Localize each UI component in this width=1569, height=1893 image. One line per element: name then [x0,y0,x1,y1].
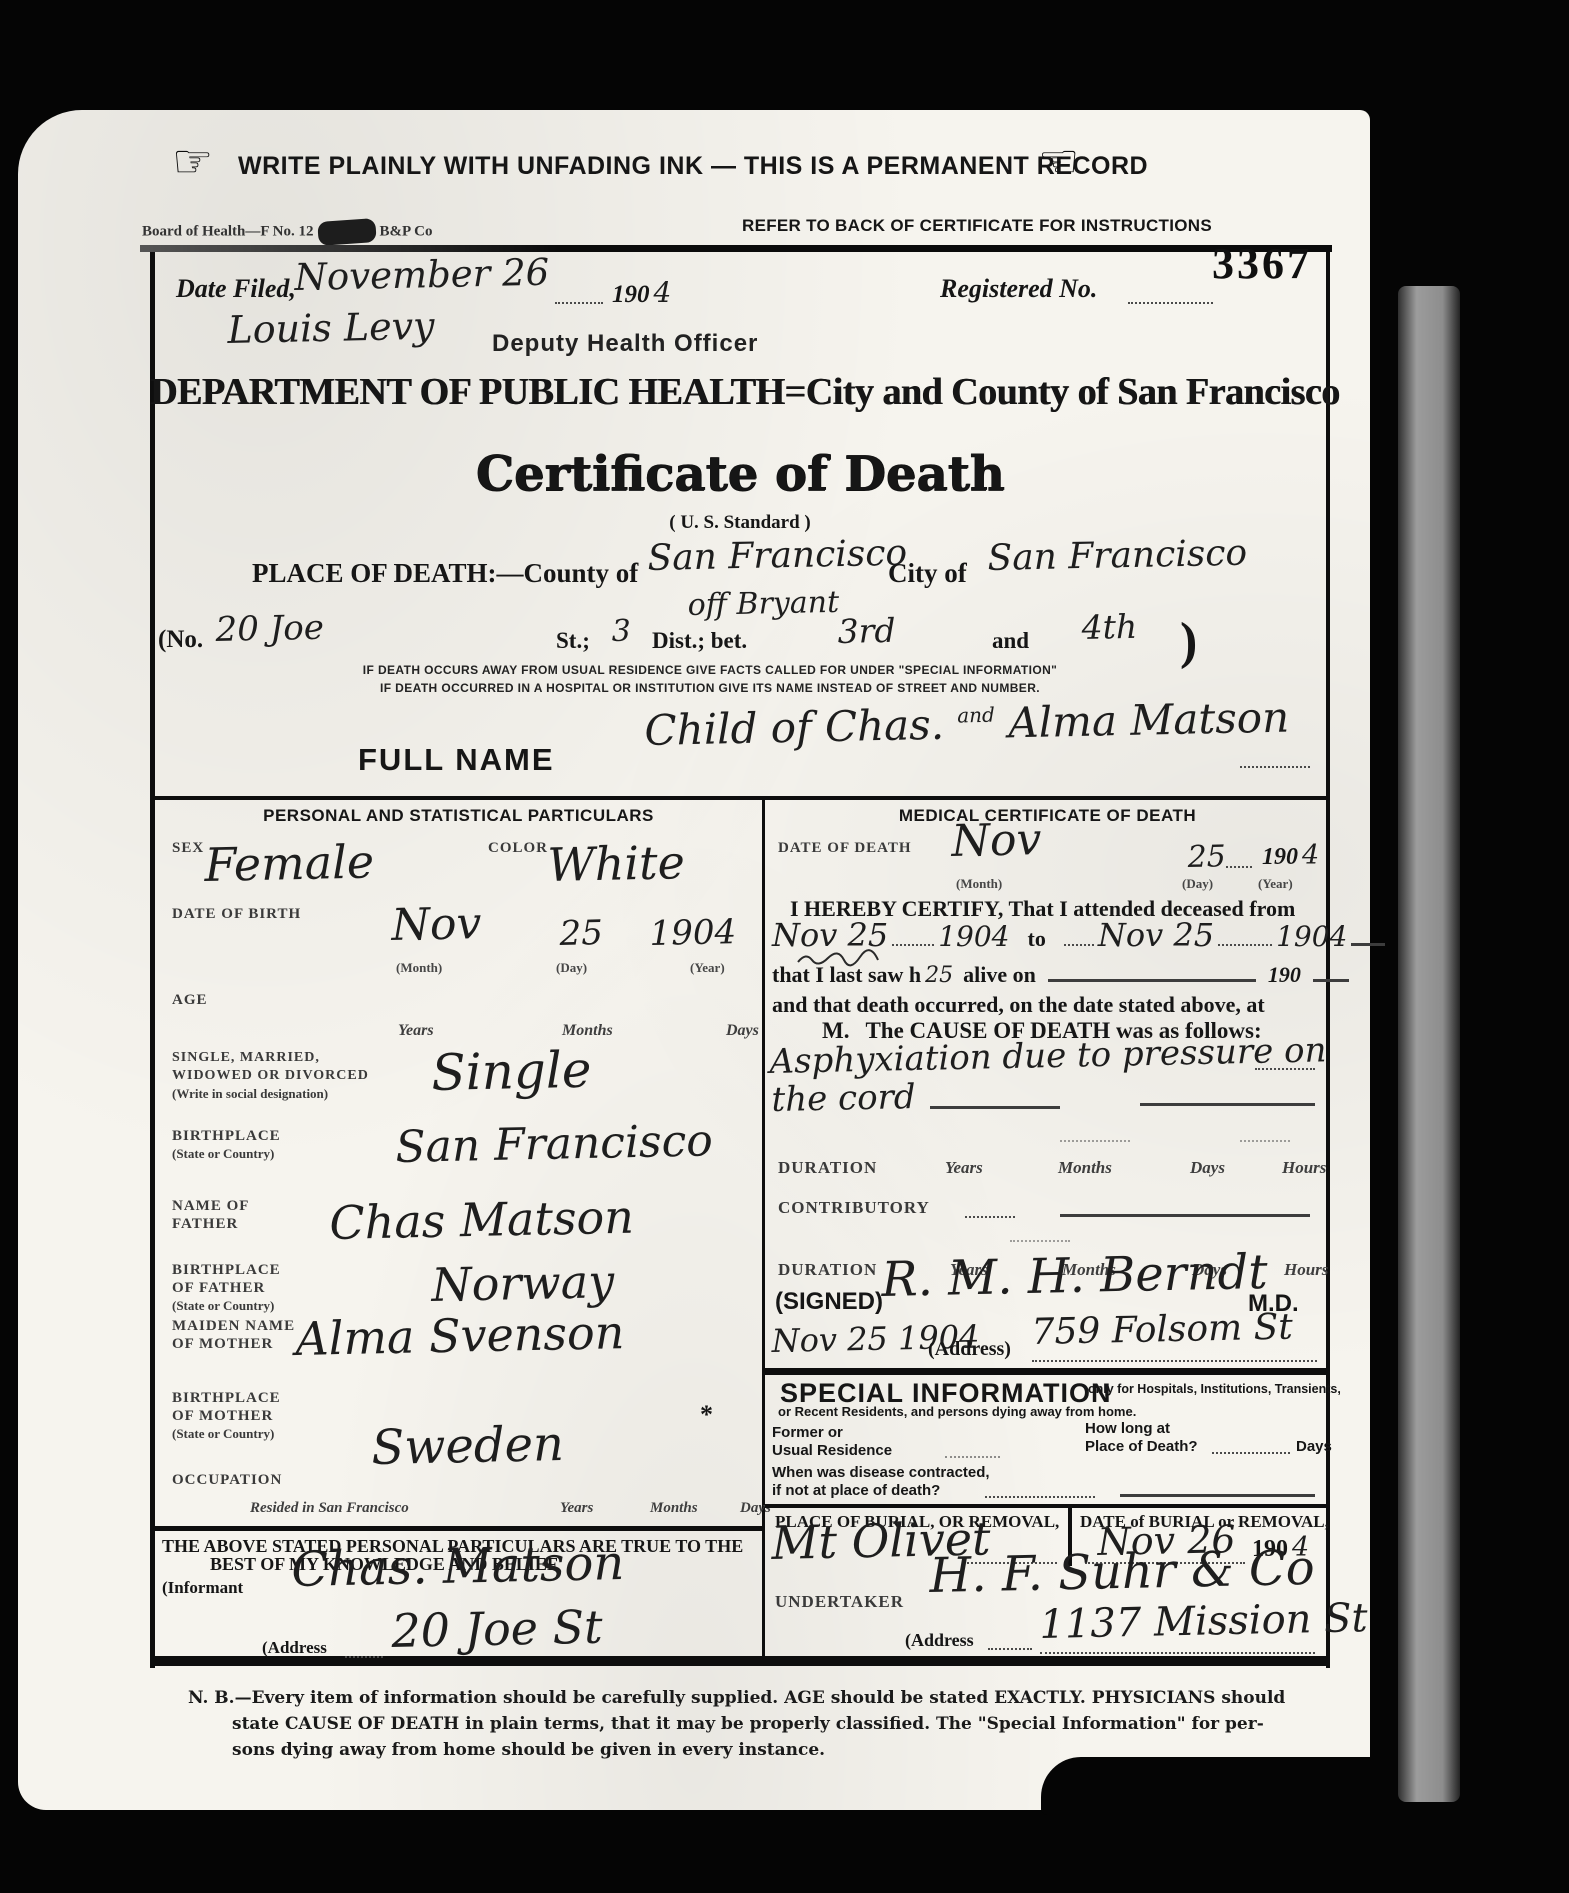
duration1-years: Years [945,1158,983,1178]
and-label: and [992,628,1029,654]
write-plainly-banner: WRITE PLAINLY WITH UNFADING INK — THIS I… [238,152,1148,181]
dob-month-value: Nov [391,898,482,951]
footnote-line-2: state CAUSE OF DEATH in plain terms, tha… [232,1714,1264,1734]
scanner-edge-strip [1398,286,1460,1802]
dod-year-printed: 190 [1262,844,1298,870]
informant-label: (Informant [162,1578,243,1598]
dotted-line [1032,1360,1317,1362]
physician-signature: R. M. H. Berndt [881,1244,1268,1308]
dash-line [1060,1214,1310,1217]
marital-label-1: SINGLE, MARRIED, [172,1050,320,1066]
dod-month-caption: (Month) [956,876,1002,892]
signed-label: (SIGNED) [775,1288,883,1316]
informant-address-label: (Address [262,1638,327,1658]
medical-section-title: MEDICAL CERTIFICATE OF DEATH [765,806,1330,826]
disease-contracted-label-1: When was disease contracted, [772,1464,990,1481]
age-label: AGE [172,992,208,1009]
father-name-label-2: FATHER [172,1216,238,1233]
box-border-bottom [150,1656,1330,1666]
dotted-line [892,944,934,946]
dob-year-value: 1904 [649,912,736,954]
meridiem-label: M. [822,1018,849,1043]
certificate-title: Certificate of Death [150,446,1330,502]
last-saw-line: that I last saw h 25 alive on 190 [772,962,1349,988]
footnote-line-3: sons dying away from home should be give… [232,1740,825,1760]
sex-value: Female [204,834,375,892]
place-county-value: San Francisco [647,533,907,579]
street-label: St.; [556,628,590,654]
to-label: to [1014,926,1060,951]
dash-line [1120,1494,1315,1497]
form-imprint: Board of Health—F No. 12B&P Co [142,220,432,244]
dotted-line [1240,766,1310,768]
attended-to-value: Nov 25 [1098,916,1214,954]
signed-address-value: 759 Folsom St [1031,1307,1293,1353]
dash-line [1048,979,1256,982]
date-of-death-label: DATE OF DEATH [778,840,912,857]
father-birthplace-label-1: BIRTHPLACE [172,1262,281,1279]
how-long-label-1: How long at [1085,1420,1170,1437]
street-no-value: 20 Joe [215,608,324,650]
last-saw-prefix: that I last saw h [772,962,921,987]
dotted-line [555,302,603,304]
undertaker-address-label: (Address [905,1630,974,1651]
refer-to-back-note: REFER TO BACK OF CERTIFICATE FOR INSTRUC… [742,216,1212,236]
dotted-line [1240,1140,1290,1142]
birthplace-value: San Francisco [395,1115,713,1173]
father-name-label-1: NAME OF [172,1198,249,1215]
duration1-days: Days [1190,1158,1225,1178]
death-occurred-line: and that death occurred, on the date sta… [772,992,1265,1018]
date-filed-value: November 26 [294,251,550,299]
columns-top-rule [150,796,1330,800]
dotted-line [945,1456,1000,1458]
attestation-rule [155,1526,762,1531]
dod-year-caption: (Year) [1258,876,1293,892]
header-rule [140,245,1332,252]
marital-label-3: (Write in social designation) [172,1086,328,1102]
age-days-caption: Days [726,1022,759,1040]
dotted-line [1040,1652,1315,1654]
sex-label: SEX [172,840,204,857]
dotted-line [965,1216,1015,1218]
dash-line [930,1106,1060,1109]
district-label: Dist.; bet. [652,628,747,654]
informant-address-value: 20 Joe St [391,1600,603,1658]
age-years-caption: Years [398,1022,434,1040]
year-written: 4 [654,276,672,309]
disease-contracted-label-2: if not at place of death? [772,1482,940,1499]
color-value: White [547,835,685,892]
color-label: COLOR [488,840,548,857]
dod-year-value: 190 4 [1262,840,1319,871]
registered-number-stamp: 3367 [1212,238,1312,289]
date-filed-year: 190 4 [612,276,671,309]
imprint-right-text: B&P Co [380,223,433,239]
day-caption: (Day) [556,960,587,976]
deputy-title-stamp: Deputy Health Officer [492,330,758,358]
informant-value: Chas. Matson [291,1535,625,1598]
place-of-death-label: PLACE OF DEATH:—County of [252,558,638,589]
dod-day-caption: (Day) [1182,876,1213,892]
full-name-and: and [957,703,995,728]
resided-years-caption: Years [560,1500,593,1517]
birthplace-label-1: BIRTHPLACE [172,1128,281,1145]
duration-label-1: DURATION [778,1158,877,1178]
scanned-death-certificate: ☞ WRITE PLAINLY WITH UNFADING INK — THIS… [0,0,1569,1893]
dotted-line [985,1496,1095,1498]
days-label: Days [1296,1438,1332,1455]
father-birthplace-label-3: (State or Country) [172,1298,274,1314]
mother-birthplace-label-3: (State or Country) [172,1426,274,1442]
dotted-line [1060,1140,1130,1142]
resided-label: Resided in San Francisco [250,1500,409,1517]
dotted-line [1010,1240,1070,1242]
duration-label-2: DURATION [778,1260,877,1280]
month-caption: (Month) [396,960,442,976]
dod-day-value: 25 [1187,839,1226,875]
resided-days-caption: Days [740,1500,771,1517]
dod-month-value: Nov [951,814,1042,867]
asterisk-mark: * [700,1400,713,1430]
dotted-line [1064,944,1094,946]
attended-to-year: 1904 [1276,920,1347,953]
street-note-value: off Bryant [687,585,839,623]
dash-line [1313,979,1349,982]
mother-birthplace-label-1: BIRTHPLACE [172,1390,281,1407]
imprint-left-text: Board of Health—F No. 12 [142,223,314,239]
dod-year-written: 4 [1302,840,1319,871]
mother-name-value: Alma Svenson [295,1305,625,1366]
former-residence-label-2: Usual Residence [772,1442,892,1459]
undertaker-address-value: 1137 Mission St [1039,1595,1368,1648]
date-of-birth-label: DATE OF BIRTH [172,906,301,923]
full-name-part1: Child of Chas. [644,700,945,755]
mother-name-label-1: MAIDEN NAME [172,1318,295,1335]
last-saw-written: 25 [925,963,953,988]
undertaker-label: UNDERTAKER [775,1592,904,1612]
alive-year-printed: 190 [1268,962,1301,987]
duration2-hours: Hours [1284,1260,1328,1280]
resided-months-caption: Months [650,1500,698,1517]
footnote-line-1: N. B.—Every item of information should b… [188,1688,1285,1708]
date-filed-label: Date Filed, [176,274,296,304]
year-caption: (Year) [690,960,725,976]
duration1-hours: Hours [1282,1158,1326,1178]
former-residence-label-1: Former or [772,1424,843,1441]
dotted-line [1212,1452,1290,1454]
fine-print-line-1: IF DEATH OCCURS AWAY FROM USUAL RESIDENC… [235,663,1185,677]
special-info-note-2: or Recent Residents, and persons dying a… [778,1404,1136,1419]
page-corner-shadow [1041,1757,1371,1815]
street-no-label: (No. [158,626,203,654]
between-street-2: 4th [1081,607,1137,647]
deputy-signature: Louis Levy [227,304,435,352]
cause-of-death-line-2: the cord [771,1077,916,1120]
fine-print-line-2: IF DEATH OCCURRED IN A HOSPITAL OR INSTI… [235,681,1185,695]
dob-day-value: 25 [559,913,603,954]
dotted-line [1218,944,1272,946]
certificate-subtitle: ( U. S. Standard ) [150,512,1330,534]
special-info-rule [765,1368,1326,1375]
place-city-value: San Francisco [987,533,1247,579]
dash-line [1351,943,1385,946]
columns-divider [762,796,765,1658]
marital-label-2: WIDOWED OR DIVORCED [172,1068,369,1084]
undertaker-value: H. F. Suhr & Co [929,1540,1315,1604]
father-name-value: Chas Matson [329,1190,634,1250]
mother-birthplace-label-2: OF MOTHER [172,1408,273,1425]
personal-section-title: PERSONAL AND STATISTICAL PARTICULARS [155,806,762,826]
dotted-line [1226,866,1252,868]
pointing-hand-left-icon: ☜ [1038,134,1079,188]
mother-birthplace-value: Sweden [371,1416,565,1476]
father-birthplace-label-2: OF FATHER [172,1280,265,1297]
department-title: DEPARTMENT OF PUBLIC HEALTH=City and Cou… [150,370,1330,414]
how-long-label-2: Place of Death? [1085,1438,1198,1455]
pointing-hand-right-icon: ☞ [172,134,213,188]
duration1-months: Months [1058,1158,1112,1178]
dotted-line [1255,1068,1315,1070]
age-months-caption: Months [562,1022,613,1040]
registered-no-label: Registered No. [940,274,1097,304]
birthplace-label-2: (State or Country) [172,1146,274,1162]
between-street-1: 3rd [837,611,896,651]
dotted-line [988,1648,1032,1650]
alive-on-label: alive on [957,962,1036,987]
father-birthplace-value: Norway [431,1254,615,1312]
year-printed: 190 [612,281,650,308]
attended-from-year: 1904 [938,920,1009,953]
dotted-line [345,1656,383,1658]
occupation-label: OCCUPATION [172,1472,282,1489]
special-info-note-1: only for Hospitals, Institutions, Transi… [1088,1382,1341,1396]
contributory-label: CONTRIBUTORY [778,1198,930,1218]
full-name-part2: Alma Matson [1008,693,1290,748]
district-value: 3 [611,614,631,649]
mother-name-label-2: OF MOTHER [172,1336,273,1353]
marital-value: Single [431,1041,592,1102]
full-name-label: FULL NAME [358,742,555,778]
dotted-line [1128,302,1213,304]
place-city-label: City of [888,558,967,589]
signed-address-label: (Address) [928,1338,1011,1361]
burial-rule [765,1504,1326,1508]
ink-stamp-blob [317,218,377,246]
dash-line [1140,1103,1315,1106]
